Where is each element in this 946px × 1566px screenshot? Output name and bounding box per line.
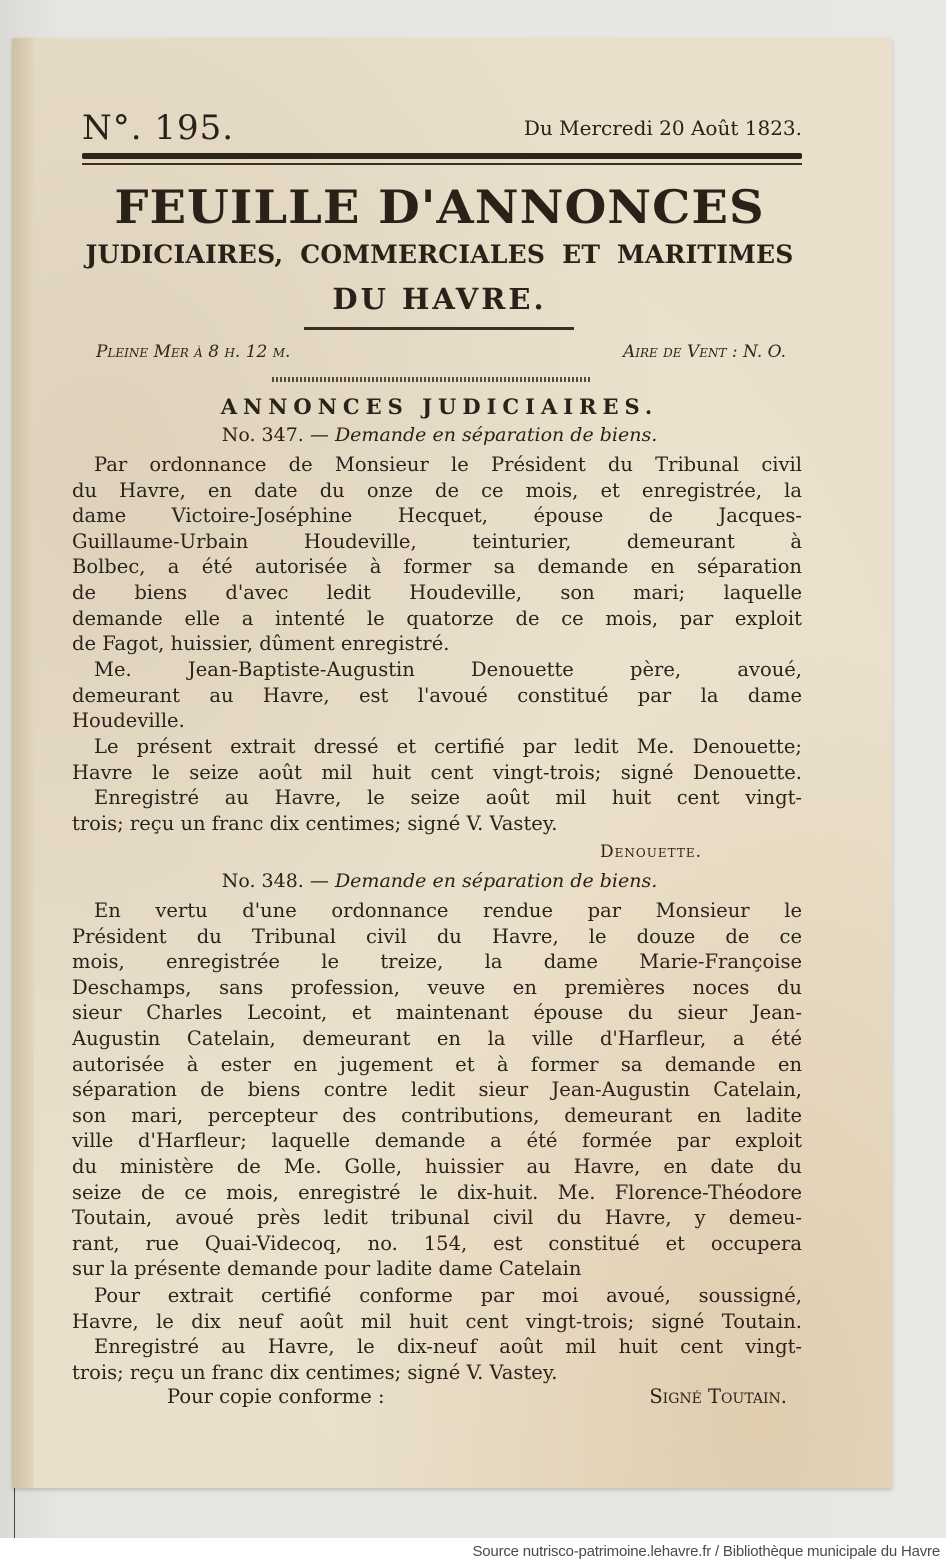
newspaper-city: DU HAVRE. — [72, 282, 807, 316]
text-line: Havre, le dix neuf août mil huit cent vi… — [72, 1309, 802, 1335]
copy-label: Pour copie conforme : — [167, 1385, 385, 1408]
issue-number: N°. 195. — [82, 108, 234, 148]
notice-paragraph: Enregistré au Havre, le dix-neuf août mi… — [72, 1334, 802, 1385]
notice-paragraph: Me. Jean-Baptiste-Augustin Denouette pèr… — [72, 657, 802, 734]
notice-subject: Demande en séparation de biens. — [335, 870, 657, 892]
text-line: Pour extrait certifié conforme par moi a… — [72, 1283, 802, 1309]
text-line: mois, enregistrée le treize, la dame Mar… — [72, 949, 802, 975]
text-line: du ministère de Me. Golle, huissier au H… — [72, 1154, 802, 1180]
text-line: Havre le seize août mil huit cent vingt-… — [72, 760, 802, 786]
text-line: En vertu d'une ordonnance rendue par Mon… — [72, 898, 802, 924]
page-left-edge — [12, 38, 34, 1488]
text-line: Le présent extrait dressé et certifié pa… — [72, 734, 802, 760]
copy-certification-line: Pour copie conforme : Signé Toutain. — [167, 1385, 787, 1411]
text-line: ville d'Harfleur; laquelle demande a été… — [72, 1128, 802, 1154]
text-line: Me. Jean-Baptiste-Augustin Denouette pèr… — [72, 657, 802, 683]
masthead-rule-thin — [82, 163, 802, 165]
notice-paragraph: Pour extrait certifié conforme par moi a… — [72, 1283, 802, 1334]
newspaper-title: FEUILLE D'ANNONCES — [72, 181, 807, 234]
notice-number: No. 347. — [222, 424, 304, 446]
binding-edge-line — [14, 1482, 15, 1538]
text-line: sieur Charles Lecoint, et maintenant épo… — [72, 1000, 802, 1026]
notice-number: No. 348. — [222, 870, 304, 892]
text-line: du Havre, en date du onze de ce mois, et… — [72, 478, 802, 504]
notice-heading: No. 348. — Demande en séparation de bien… — [72, 870, 807, 892]
text-line: Deschamps, sans profession, veuve en pre… — [72, 975, 802, 1001]
title-rule — [304, 327, 574, 330]
issue-date: Du Mercredi 20 Août 1823. — [524, 116, 802, 140]
text-line: autorisée à ester en jugement et à forme… — [72, 1052, 802, 1078]
text-line: Enregistré au Havre, le dix-neuf août mi… — [72, 1334, 802, 1360]
text-line: Augustin Catelain, demeurant en la ville… — [72, 1026, 802, 1052]
text-line: trois; reçu un franc dix centimes; signé… — [72, 811, 802, 837]
text-line: demeurant au Havre, est l'avoué constitu… — [72, 683, 802, 709]
text-line: Par ordonnance de Monsieur le Président … — [72, 452, 802, 478]
tide-wind-row: Pleine Mer à 8 h. 12 m. Aire de Vent : N… — [96, 342, 786, 366]
text-line: séparation de biens contre ledit sieur J… — [72, 1077, 802, 1103]
text-line: son mari, percepteur des contributions, … — [72, 1103, 802, 1129]
notice-dash: — — [304, 870, 335, 892]
high-tide-info: Pleine Mer à 8 h. 12 m. — [96, 342, 290, 362]
notice-dash: — — [304, 424, 335, 446]
text-line: rant, rue Quai-Videcoq, no. 154, est con… — [72, 1231, 802, 1257]
text-line: sur la présente demande pour ladite dame… — [72, 1256, 802, 1282]
section-heading: ANNONCES JUDICIAIRES. — [72, 394, 807, 419]
newspaper-page: N°. 195. Du Mercredi 20 Août 1823. FEUIL… — [12, 38, 892, 1488]
source-caption: Source nutrisco-patrimoine.lehavre.fr / … — [472, 1543, 940, 1560]
masthead-rule-thick — [82, 153, 802, 159]
notice-heading: No. 347. — Demande en séparation de bien… — [72, 424, 807, 446]
notice-signature: Signé Toutain. — [649, 1385, 787, 1408]
text-line: Enregistré au Havre, le seize août mil h… — [72, 785, 802, 811]
text-line: dame Victoire-Joséphine Hecquet, épouse … — [72, 503, 802, 529]
text-line: seize de ce mois, enregistré le dix-huit… — [72, 1180, 802, 1206]
text-line: de biens d'avec ledit Houdeville, son ma… — [72, 580, 802, 606]
wind-direction-info: Aire de Vent : N. O. — [623, 342, 786, 362]
text-line: de Fagot, huissier, dûment enregistré. — [72, 631, 802, 657]
text-line: Président du Tribunal civil du Havre, le… — [72, 924, 802, 950]
text-line: Guillaume-Urbain Houdeville, teinturier,… — [72, 529, 802, 555]
text-line: demande elle a intenté le quatorze de ce… — [72, 606, 802, 632]
text-line: trois; reçu un franc dix centimes; signé… — [72, 1360, 802, 1386]
notice-subject: Demande en séparation de biens. — [335, 424, 657, 446]
text-line: Toutain, avoué près ledit tribunal civil… — [72, 1205, 802, 1231]
notice-paragraph: Le présent extrait dressé et certifié pa… — [72, 734, 802, 785]
masthead-row: N°. 195. Du Mercredi 20 Août 1823. — [82, 108, 802, 158]
text-line: Houdeville. — [72, 708, 802, 734]
notice-paragraph: Par ordonnance de Monsieur le Président … — [72, 452, 802, 657]
text-line: Bolbec, a été autorisée à former sa dema… — [72, 554, 802, 580]
newspaper-subtitle: JUDICIAIRES, COMMERCIALES ET MARITIMES — [72, 240, 807, 269]
decorative-wavy-rule — [272, 377, 592, 382]
notice-signature: Denouette. — [600, 842, 702, 862]
notice-paragraph: Enregistré au Havre, le seize août mil h… — [72, 785, 802, 836]
notice-paragraph: En vertu d'une ordonnance rendue par Mon… — [72, 898, 802, 1282]
